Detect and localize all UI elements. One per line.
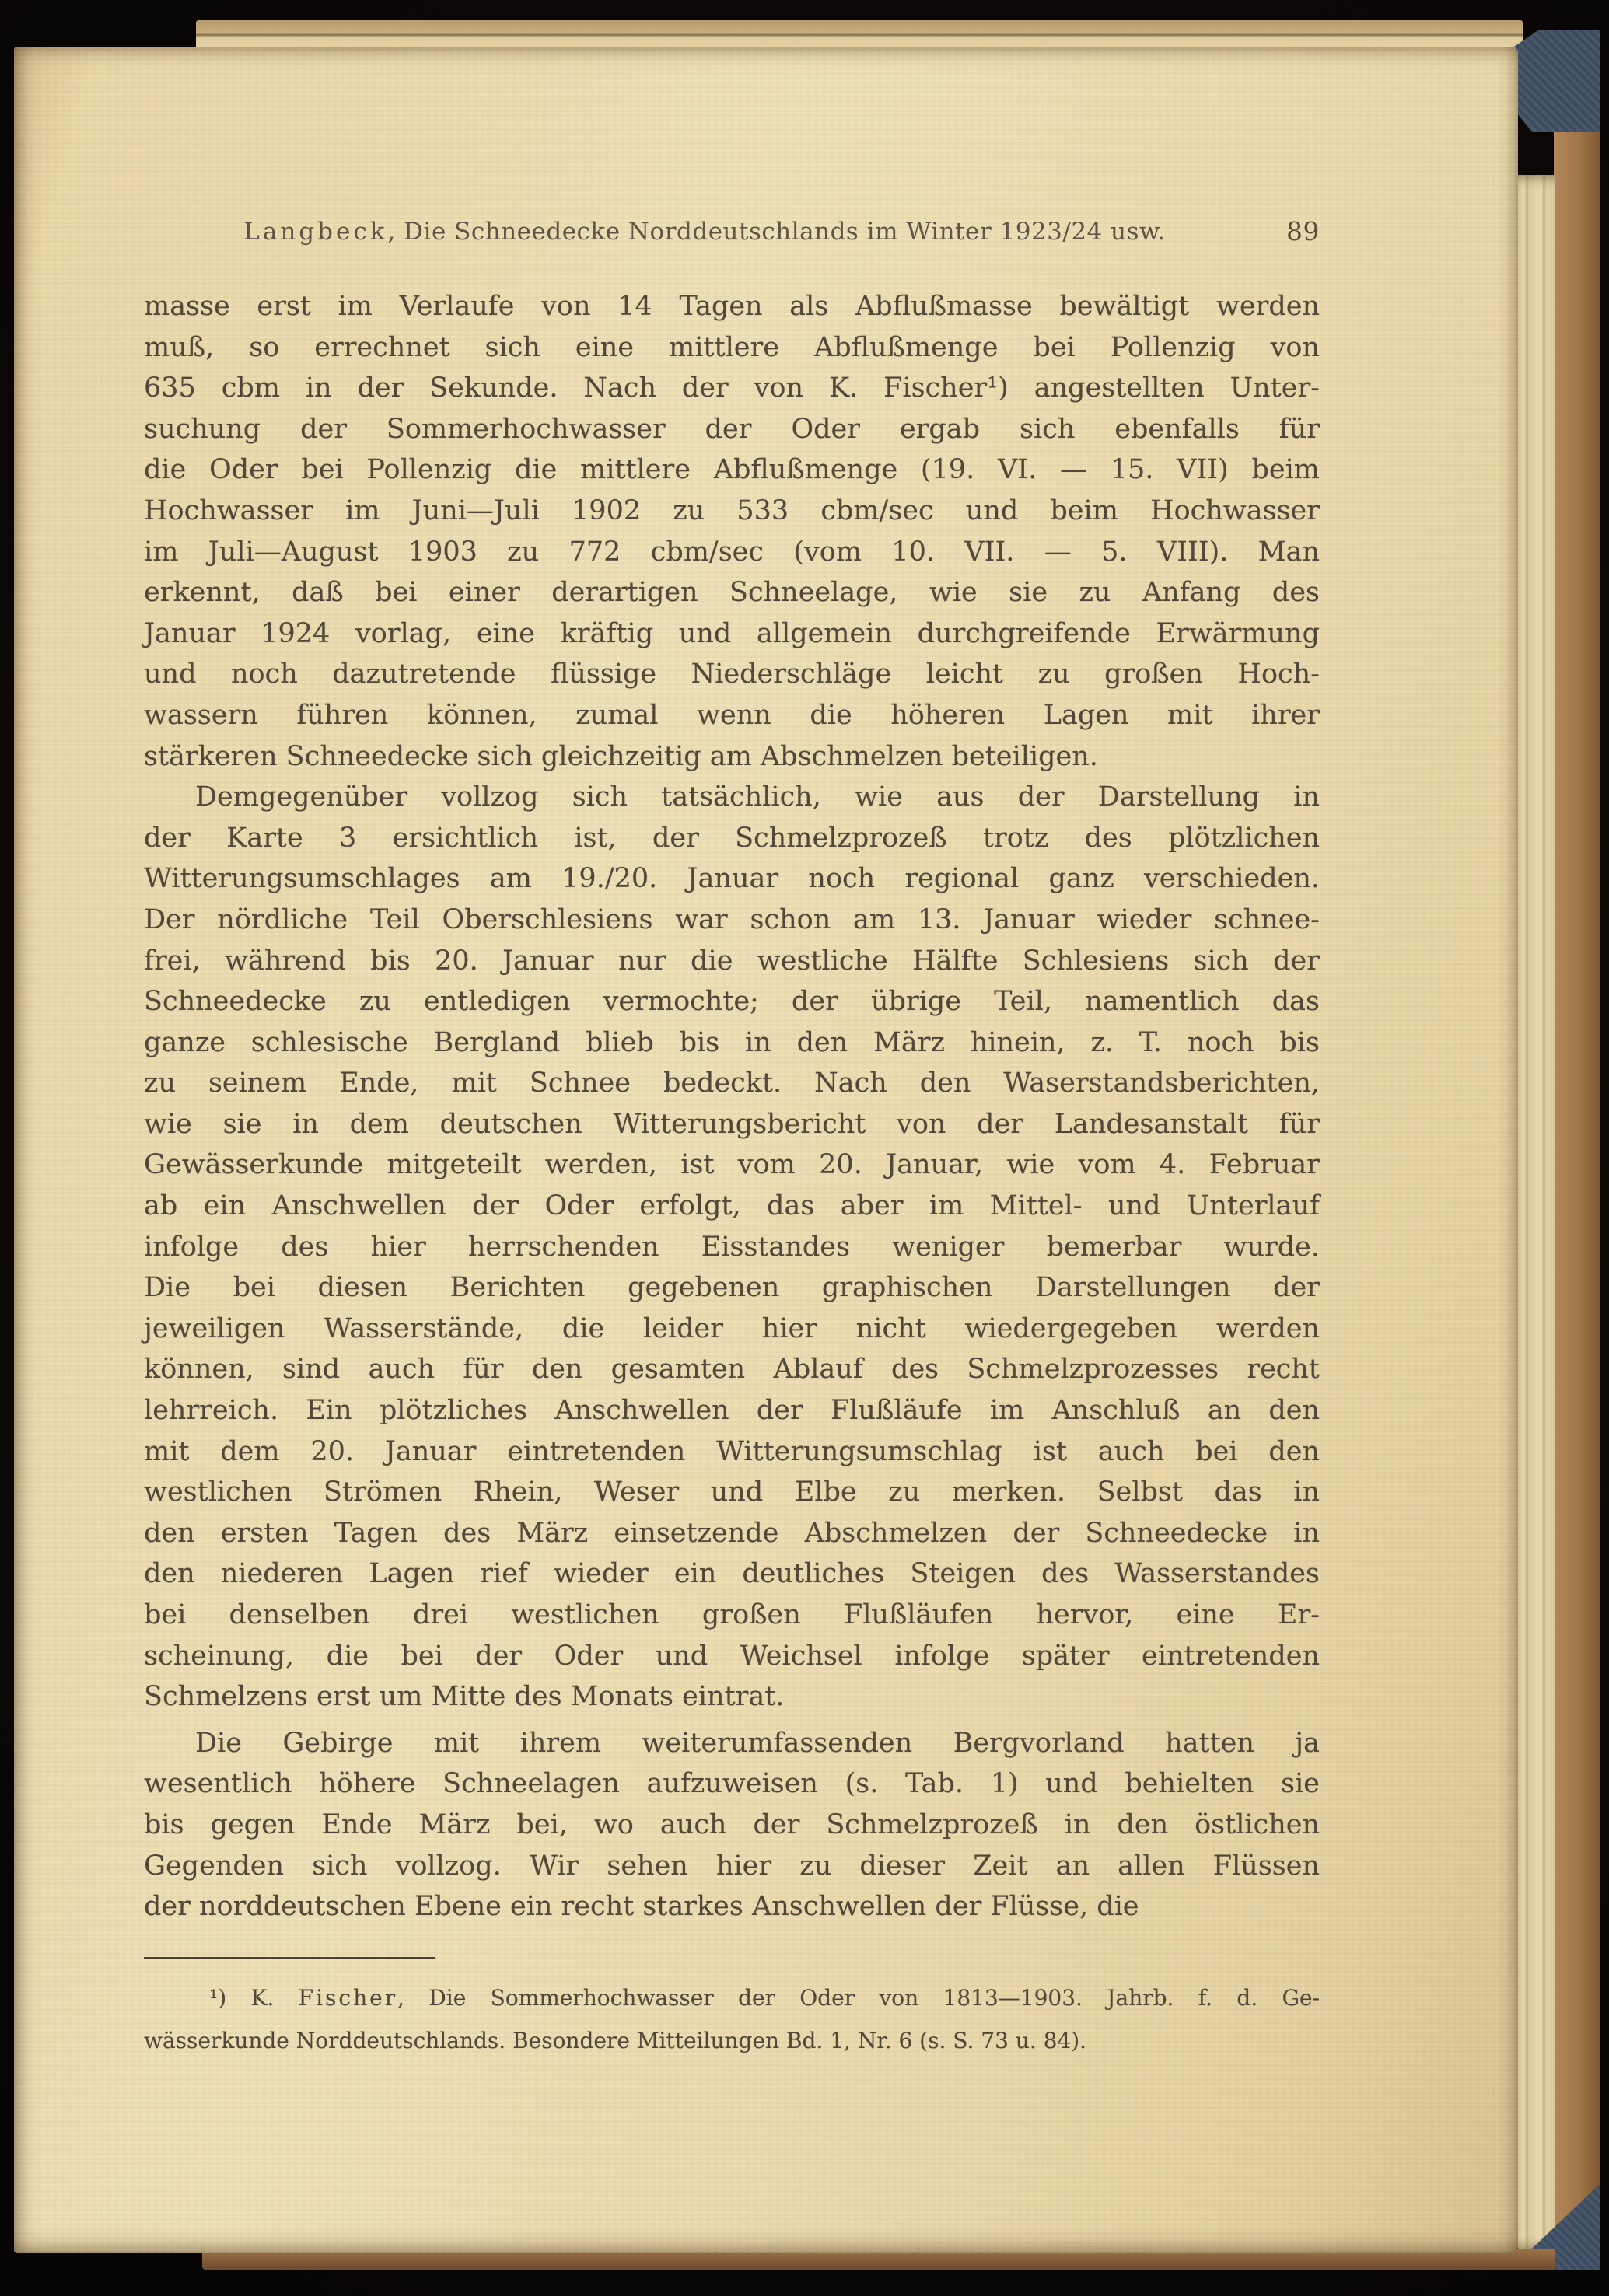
text-line: Der nördliche Teil Oberschlesiens war sc… bbox=[144, 900, 1320, 941]
text-line: können, sind auch für den gesamten Ablau… bbox=[144, 1349, 1320, 1390]
text-line: ganze schlesische Bergland blieb bis in … bbox=[144, 1022, 1320, 1064]
text-line: bei denselben drei westlichen großen Flu… bbox=[144, 1595, 1320, 1636]
text-line: bis gegen Ende März bei, wo auch der Sch… bbox=[144, 1805, 1320, 1846]
text-line: wesentlich höhere Schneelagen aufzuweise… bbox=[144, 1763, 1320, 1805]
text-line: und noch dazutretende flüssige Niedersch… bbox=[144, 654, 1320, 695]
text-line: Gegenden sich vollzog. Wir sehen hier zu… bbox=[144, 1846, 1320, 1887]
underlying-pages-edge bbox=[1518, 175, 1555, 2249]
text-line: mit dem 20. Januar eintretenden Witterun… bbox=[144, 1431, 1320, 1473]
header-title: , Die Schneedecke Norddeutschlands im Wi… bbox=[387, 218, 1165, 246]
text-line: Schmelzens erst um Mitte des Monats eint… bbox=[144, 1676, 1320, 1718]
text-line: masse erst im Verlaufe von 14 Tagen als … bbox=[144, 286, 1320, 327]
footnote-rule bbox=[144, 1957, 435, 1959]
text-line: lehrreich. Ein plötzliches Anschwellen d… bbox=[144, 1390, 1320, 1431]
footnote-marker: ¹) K. bbox=[209, 1985, 299, 2011]
text-line: erkennt, daß bei einer derartigen Schnee… bbox=[144, 572, 1320, 613]
text-line: Schneedecke zu entledigen vermochte; der… bbox=[144, 981, 1320, 1022]
text-line: Januar 1924 vorlag, eine kräftig und all… bbox=[144, 613, 1320, 655]
text-line: im Juli—August 1903 zu 772 cbm/sec (vom … bbox=[144, 532, 1320, 573]
footnote-reference-text: , Die Sommerhochwasser der Oder von 1813… bbox=[397, 1985, 1320, 2011]
book-top-edge bbox=[196, 20, 1523, 50]
text-line: frei, während bis 20. Januar nur die wes… bbox=[144, 941, 1320, 982]
text-line: Witterungsumschlages am 19./20. Januar n… bbox=[144, 858, 1320, 900]
footnote-line-1: ¹) K. Fischer, Die Sommerhochwasser der … bbox=[144, 1976, 1320, 2019]
text-line: wie sie in dem deutschen Witterungsberic… bbox=[144, 1104, 1320, 1145]
text-line: den niederen Lagen rief wieder ein deutl… bbox=[144, 1553, 1320, 1595]
text-line: der norddeutschen Ebene ein recht starke… bbox=[144, 1886, 1320, 1927]
running-header: Langbeck, Die Schneedecke Norddeutschlan… bbox=[144, 218, 1320, 249]
text-line: stärkeren Schneedecke sich gleichzeitig … bbox=[144, 736, 1320, 778]
text-line: wassern führen können, zumal wenn die hö… bbox=[144, 695, 1320, 736]
paragraph-1: masse erst im Verlaufe von 14 Tagen als … bbox=[144, 286, 1320, 777]
footnote-line-2: wässerkunde Norddeutschlands. Besondere … bbox=[144, 2019, 1320, 2062]
text-line: die Oder bei Pollenzig die mittlere Abfl… bbox=[144, 449, 1320, 491]
text-line: westlichen Strömen Rhein, Weser und Elbe… bbox=[144, 1472, 1320, 1513]
text-line: den ersten Tagen des März einsetzende Ab… bbox=[144, 1513, 1320, 1554]
text-line: jeweiligen Wasserstände, die leider hier… bbox=[144, 1309, 1320, 1350]
book-cover-right-edge bbox=[1554, 93, 1600, 2270]
book-page: Langbeck, Die Schneedecke Norddeutschlan… bbox=[14, 47, 1518, 2253]
paragraph-2: Demgegenüber vollzog sich tatsächlich, w… bbox=[144, 777, 1320, 1718]
footnote-author: Fischer bbox=[299, 1985, 397, 2011]
text-line: infolge des hier herrschenden Eisstandes… bbox=[144, 1227, 1320, 1268]
text-line: muß, so errechnet sich eine mittlere Abf… bbox=[144, 327, 1320, 369]
text-line: zu seinem Ende, mit Schnee bedeckt. Nach… bbox=[144, 1063, 1320, 1104]
text-line: Gewässerkunde mitgeteilt werden, ist vom… bbox=[144, 1145, 1320, 1186]
text-line: scheinung, die bei der Oder und Weichsel… bbox=[144, 1636, 1320, 1677]
text-line: Die Gebirge mit ihrem weiterumfassenden … bbox=[144, 1723, 1320, 1764]
scanned-book-photo: Langbeck, Die Schneedecke Norddeutschlan… bbox=[0, 0, 1609, 2296]
header-title-line: Langbeck, Die Schneedecke Norddeutschlan… bbox=[144, 218, 1265, 246]
page-number: 89 bbox=[1286, 216, 1320, 246]
text-line: Demgegenüber vollzog sich tatsächlich, w… bbox=[144, 777, 1320, 818]
text-line: 635 cbm in der Sekunde. Nach der von K. … bbox=[144, 368, 1320, 409]
body-text: masse erst im Verlaufe von 14 Tagen als … bbox=[144, 286, 1320, 1927]
text-line: der Karte 3 ersichtlich ist, der Schmelz… bbox=[144, 818, 1320, 859]
text-line: Hochwasser im Juni—Juli 1902 zu 533 cbm/… bbox=[144, 491, 1320, 532]
text-line: ab ein Anschwellen der Oder erfolgt, das… bbox=[144, 1186, 1320, 1227]
header-author: Langbeck bbox=[243, 218, 387, 246]
paragraph-3: Die Gebirge mit ihrem weiterumfassenden … bbox=[144, 1723, 1320, 1927]
footnote: ¹) K. Fischer, Die Sommerhochwasser der … bbox=[144, 1976, 1320, 2062]
text-line: Die bei diesen Berichten gegebenen graph… bbox=[144, 1267, 1320, 1309]
text-line: suchung der Sommerhochwasser der Oder er… bbox=[144, 409, 1320, 450]
